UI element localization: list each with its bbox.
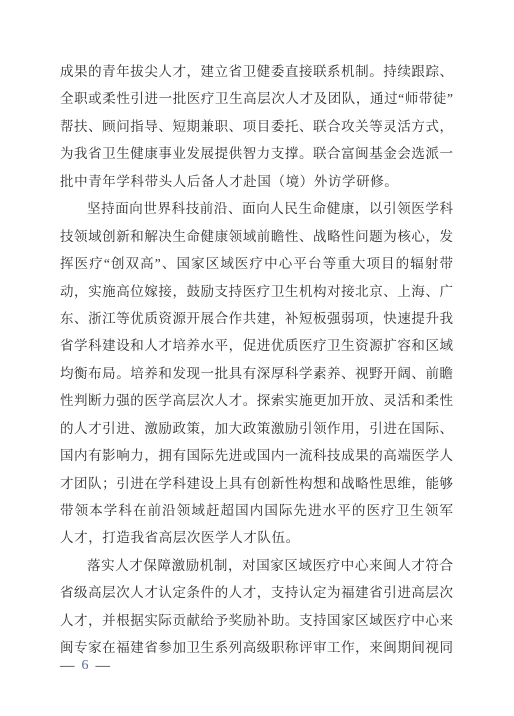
text-line: 带领本学科在前沿领域赶超国内国际先进水平的医疗卫生领军: [60, 497, 453, 524]
footer-right-dash: —: [96, 659, 111, 674]
text-line: 国内有影响力，拥有国际先进或国内一流科技成果的高端医学人: [60, 442, 453, 469]
document-page: 成果的青年拔尖人才，建立省卫健委直接联系机制。持续跟踪、 全职或柔性引进一批医疗…: [0, 0, 514, 716]
text-line: 为我省卫生健康事业发展提供智力支撑。联合富闽基金会选派一: [60, 140, 453, 167]
text-line: 坚持面向世界科技前沿、面向人民生命健康，以引领医学科: [60, 195, 453, 222]
text-line: 省级高层次人才认定条件的人才，支持认定为福建省引进高层次: [60, 579, 453, 606]
text-line: 人才，打造我省高层次医学人才队伍。: [60, 524, 453, 551]
page-footer: — 6 —: [60, 659, 110, 674]
text-line: 动，实施高位嫁接，鼓励支持医疗卫生机构对接北京、上海、广: [60, 278, 453, 305]
text-line: 性判断力强的医学高层次人才。探索实施更加开放、灵活和柔性: [60, 387, 453, 414]
text-line: 挥医疗“创双高”、国家区域医疗中心平台等重大项目的辐射带: [60, 250, 453, 277]
text-line: 才团队；引进在学科建设上具有创新性构想和战略性思维，能够: [60, 470, 453, 497]
text-line: 均衡布局。培养和发现一批具有深厚科学素养、视野开阔、前瞻: [60, 360, 453, 387]
text-line: 全职或柔性引进一批医疗卫生高层次人才及团队，通过“师带徒”: [60, 85, 453, 112]
text-line: 东、浙江等优质资源开展合作共建，补短板强弱项，快速提升我: [60, 305, 453, 332]
text-line: 落实人才保障激励机制，对国家区域医疗中心来闽人才符合: [60, 552, 453, 579]
text-line: 成果的青年拔尖人才，建立省卫健委直接联系机制。持续跟踪、: [60, 58, 453, 85]
text-line: 的人才引进、激励政策，加大政策激励引领作用，引进在国际、: [60, 415, 453, 442]
text-line: 技领域创新和解决生命健康领域前瞻性、战略性问题为核心，发: [60, 223, 453, 250]
text-line: 省学科建设和人才培养水平，促进优质医疗卫生资源扩容和区域: [60, 332, 453, 359]
text-line: 帮扶、顾问指导、短期兼职、项目委托、联合攻关等灵活方式，: [60, 113, 453, 140]
text-line: 人才，并根据实际贡献给予奖励补助。支持国家区域医疗中心来: [60, 607, 453, 634]
footer-left-dash: —: [60, 659, 75, 674]
page-number: 6: [82, 659, 89, 673]
text-line: 批中青年学科带头人后备人才赴国（境）外访学研修。: [60, 168, 453, 195]
text-line: 闽专家在福建省参加卫生系列高级职称评审工作，来闽期间视同: [60, 634, 453, 661]
document-body: 成果的青年拔尖人才，建立省卫健委直接联系机制。持续跟踪、 全职或柔性引进一批医疗…: [60, 58, 453, 662]
